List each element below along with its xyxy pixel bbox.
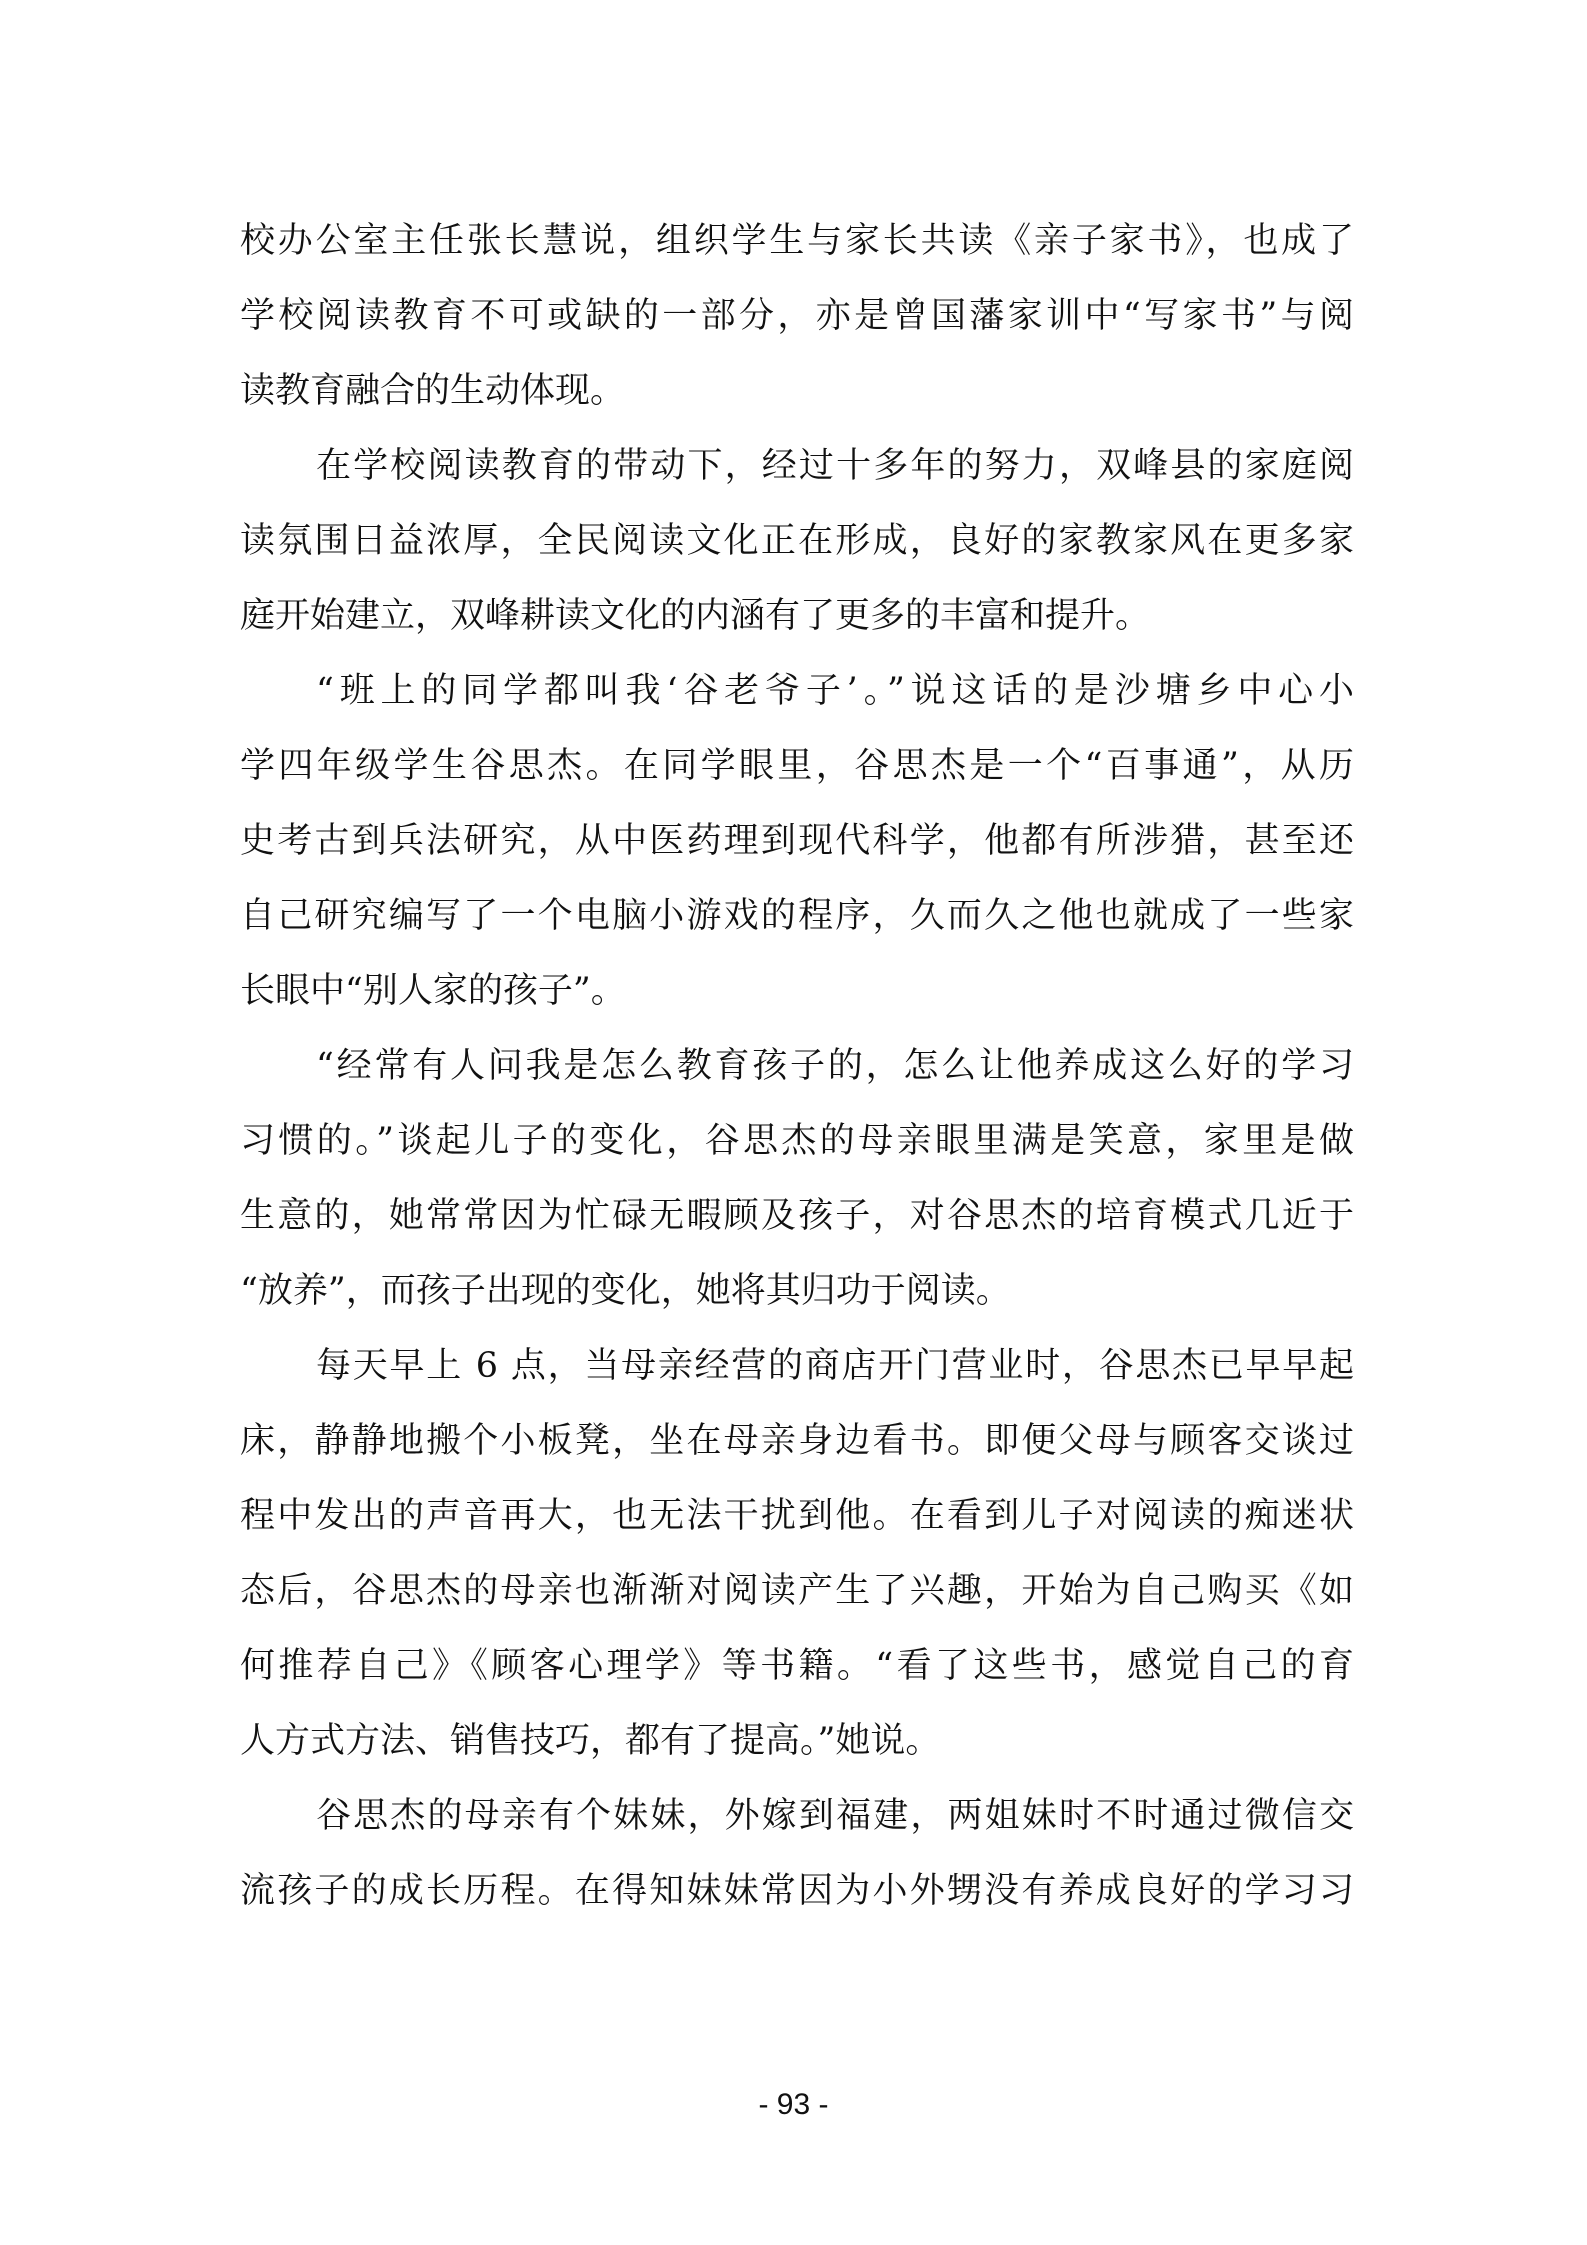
- text-line: 生意的，她常常因为忙碌无暇顾及孩子，对谷思杰的培育模式几近于: [240, 1179, 1354, 1254]
- text-line: “经常有人问我是怎么教育孩子的，怎么让他养成这么好的学习: [240, 1029, 1354, 1104]
- paragraph-5: 每天早上 6 点，当母亲经营的商店开门营业时，谷思杰已早早起 床，静静地搬个小板…: [240, 1329, 1354, 1779]
- text-line: 流孩子的成长历程。在得知妹妹常因为小外甥没有养成良好的学习习: [240, 1854, 1354, 1929]
- text-line: 何推荐自己》《顾客心理学》等书籍。“看了这些书，感觉自己的育: [240, 1629, 1354, 1704]
- text-line: 习惯的。”谈起儿子的变化，谷思杰的母亲眼里满是笑意，家里是做: [240, 1104, 1354, 1179]
- text-line: 读教育融合的生动体现。: [240, 354, 1354, 429]
- text-line: 在学校阅读教育的带动下，经过十多年的努力，双峰县的家庭阅: [240, 429, 1354, 504]
- text-line: 程中发出的声音再大，也无法干扰到他。在看到儿子对阅读的痴迷状: [240, 1479, 1354, 1554]
- paragraph-3: “班上的同学都叫我‘谷老爷子’。”说这话的是沙塘乡中心小 学四年级学生谷思杰。在…: [240, 654, 1354, 1029]
- text-line: “班上的同学都叫我‘谷老爷子’。”说这话的是沙塘乡中心小: [240, 654, 1354, 729]
- text-line: 校办公室主任张长慧说，组织学生与家长共读《亲子家书》，也成了: [240, 204, 1354, 279]
- text-line: 床，静静地搬个小板凳，坐在母亲身边看书。即便父母与顾客交谈过: [240, 1404, 1354, 1479]
- text-line: 庭开始建立，双峰耕读文化的内涵有了更多的丰富和提升。: [240, 579, 1354, 654]
- text-line: 人方式方法、销售技巧，都有了提高。”她说。: [240, 1704, 1354, 1779]
- text-line: 读氛围日益浓厚，全民阅读文化正在形成，良好的家教家风在更多家: [240, 504, 1354, 579]
- body-text: 校办公室主任张长慧说，组织学生与家长共读《亲子家书》，也成了 学校阅读教育不可或…: [240, 204, 1354, 1929]
- text-line: 态后，谷思杰的母亲也渐渐对阅读产生了兴趣，开始为自己购买《如: [240, 1554, 1354, 1629]
- text-line: 学四年级学生谷思杰。在同学眼里，谷思杰是一个“百事通”，从历: [240, 729, 1354, 804]
- text-line: 谷思杰的母亲有个妹妹，外嫁到福建，两姐妹时不时通过微信交: [240, 1779, 1354, 1854]
- text-line: 每天早上 6 点，当母亲经营的商店开门营业时，谷思杰已早早起: [240, 1329, 1354, 1404]
- paragraph-1: 校办公室主任张长慧说，组织学生与家长共读《亲子家书》，也成了 学校阅读教育不可或…: [240, 204, 1354, 429]
- text-line: 自己研究编写了一个电脑小游戏的程序，久而久之他也就成了一些家: [240, 879, 1354, 954]
- page-number: - 93 -: [0, 2088, 1587, 2122]
- paragraph-4: “经常有人问我是怎么教育孩子的，怎么让他养成这么好的学习 习惯的。”谈起儿子的变…: [240, 1029, 1354, 1329]
- text-line: 学校阅读教育不可或缺的一部分，亦是曾国藩家训中“写家书”与阅: [240, 279, 1354, 354]
- document-page: 校办公室主任张长慧说，组织学生与家长共读《亲子家书》，也成了 学校阅读教育不可或…: [0, 0, 1587, 2245]
- paragraph-2: 在学校阅读教育的带动下，经过十多年的努力，双峰县的家庭阅 读氛围日益浓厚，全民阅…: [240, 429, 1354, 654]
- text-line: 史考古到兵法研究，从中医药理到现代科学，他都有所涉猎，甚至还: [240, 804, 1354, 879]
- text-line: 长眼中“别人家的孩子”。: [240, 954, 1354, 1029]
- paragraph-6: 谷思杰的母亲有个妹妹，外嫁到福建，两姐妹时不时通过微信交 流孩子的成长历程。在得…: [240, 1779, 1354, 1929]
- text-line: “放养”，而孩子出现的变化，她将其归功于阅读。: [240, 1254, 1354, 1329]
